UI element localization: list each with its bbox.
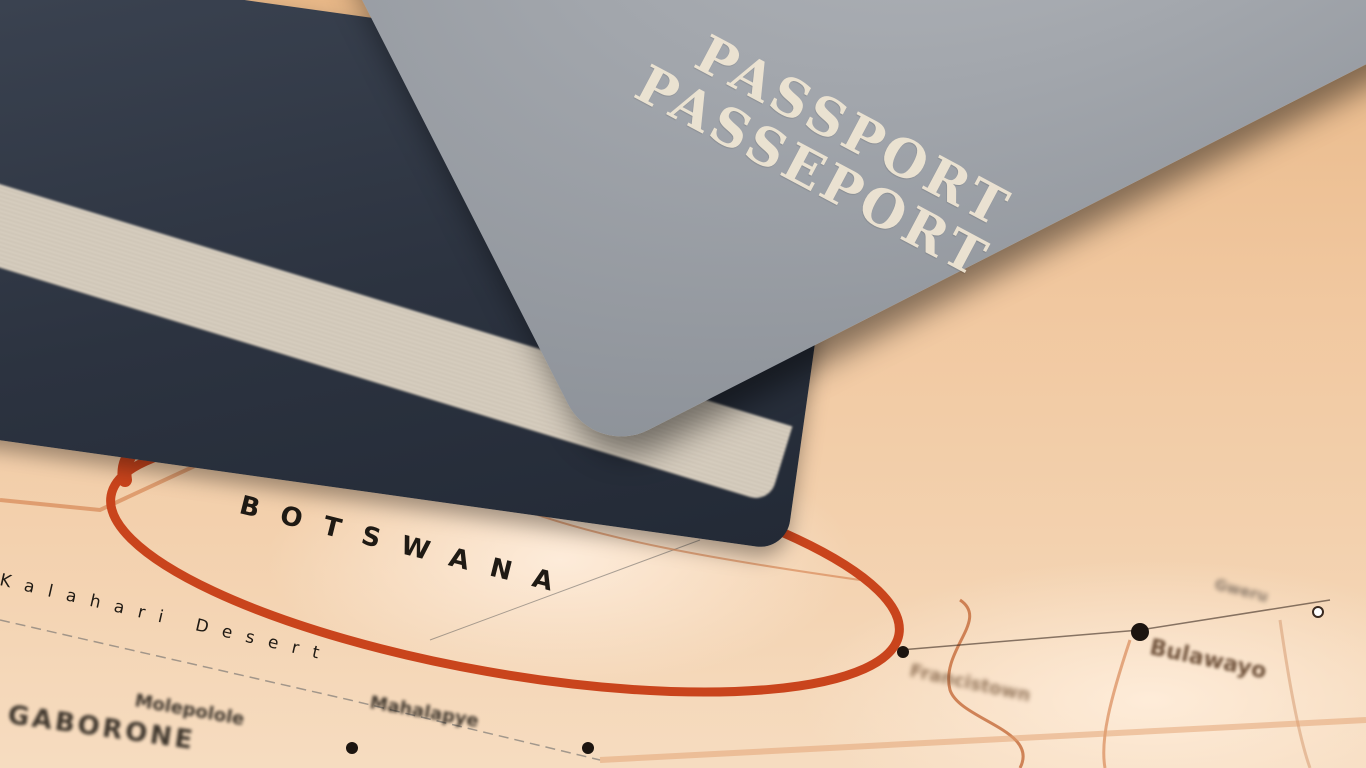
photo-scene: BOTSWANA Kalahari Desert GABORONE Molepo… <box>0 0 1366 768</box>
